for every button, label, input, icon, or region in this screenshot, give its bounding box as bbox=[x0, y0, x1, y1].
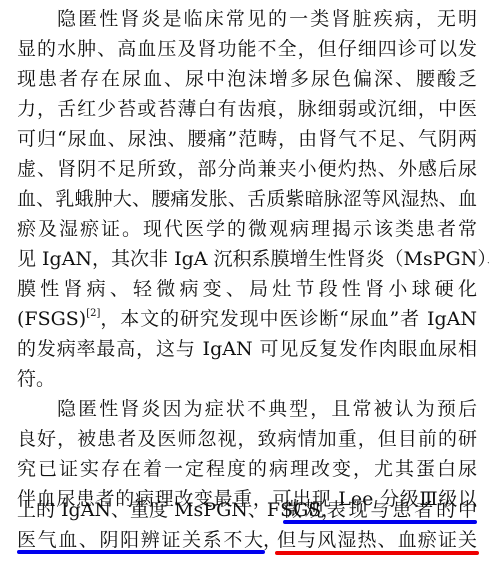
text-line: 见 IgAN，其次非 IgA 沉积系膜增生性肾炎（MsPGN）、 bbox=[17, 246, 477, 272]
text-segment: ，本文的研究发现中医诊断“尿血”者 IgAN bbox=[100, 306, 477, 332]
text-line: 力，舌红少苔或苔薄白有齿痕，脉细弱或沉细，中医 bbox=[17, 96, 477, 122]
text-line: 虚、肾阴不足所致，部分尚兼夹小便灼热、外感后尿 bbox=[17, 156, 477, 182]
comma: ， bbox=[263, 527, 277, 553]
text-line: 究已证实存在着一定程度的病理改变，尤其蛋白尿 bbox=[17, 456, 477, 482]
text-line: 隐匿性肾炎是临床常见的一类肾脏疾病，无明 bbox=[57, 6, 477, 32]
citation-ref: [2] bbox=[86, 308, 100, 319]
text-line: 可归“尿血、尿浊、腰痛”范畴，由肾气不足、气阴两 bbox=[17, 126, 477, 152]
text-segment: 上的 IgAN、重度 MsPGN、FSGS， bbox=[17, 497, 283, 523]
citation-text: (FSGS)[2] bbox=[17, 306, 100, 332]
text-line: 血、乳蛾肿大、腰痛发胀、舌质紫暗脉涩等风湿热、血 bbox=[17, 186, 477, 212]
text-line: 显的水肿、高血压及肾功能不全，但仔细四诊可以发 bbox=[17, 36, 477, 62]
blue-underline bbox=[17, 550, 265, 554]
red-underline bbox=[275, 551, 479, 555]
text-line: 良好，被患者及医师忽视，致病情加重，但目前的研 bbox=[17, 426, 477, 452]
text-line: 现患者存在尿血、尿中泡沫增多尿色偏深、腰酸乏 bbox=[17, 66, 477, 92]
text-line: 隐匿性肾炎因为症状不典型，且常被认为预后 bbox=[57, 396, 477, 422]
text-line: 的发病率最高，这与 IgAN 可见反复发作肉眼血尿相 bbox=[17, 336, 477, 362]
abbreviation: (FSGS) bbox=[17, 308, 86, 330]
text-line: 瘀及湿瘀证。现代医学的微观病理揭示该类患者常 bbox=[17, 216, 477, 242]
blue-underline bbox=[283, 520, 477, 524]
text-line: 符。 bbox=[17, 366, 477, 392]
text-line: 膜性肾病、轻微病变、局灶节段性肾小球硬化 bbox=[17, 276, 477, 302]
highlighted-text-red: 但与风湿热、血瘀证关 bbox=[277, 527, 477, 553]
text-line: (FSGS)[2] ，本文的研究发现中医诊断“尿血”者 IgAN bbox=[17, 306, 477, 332]
